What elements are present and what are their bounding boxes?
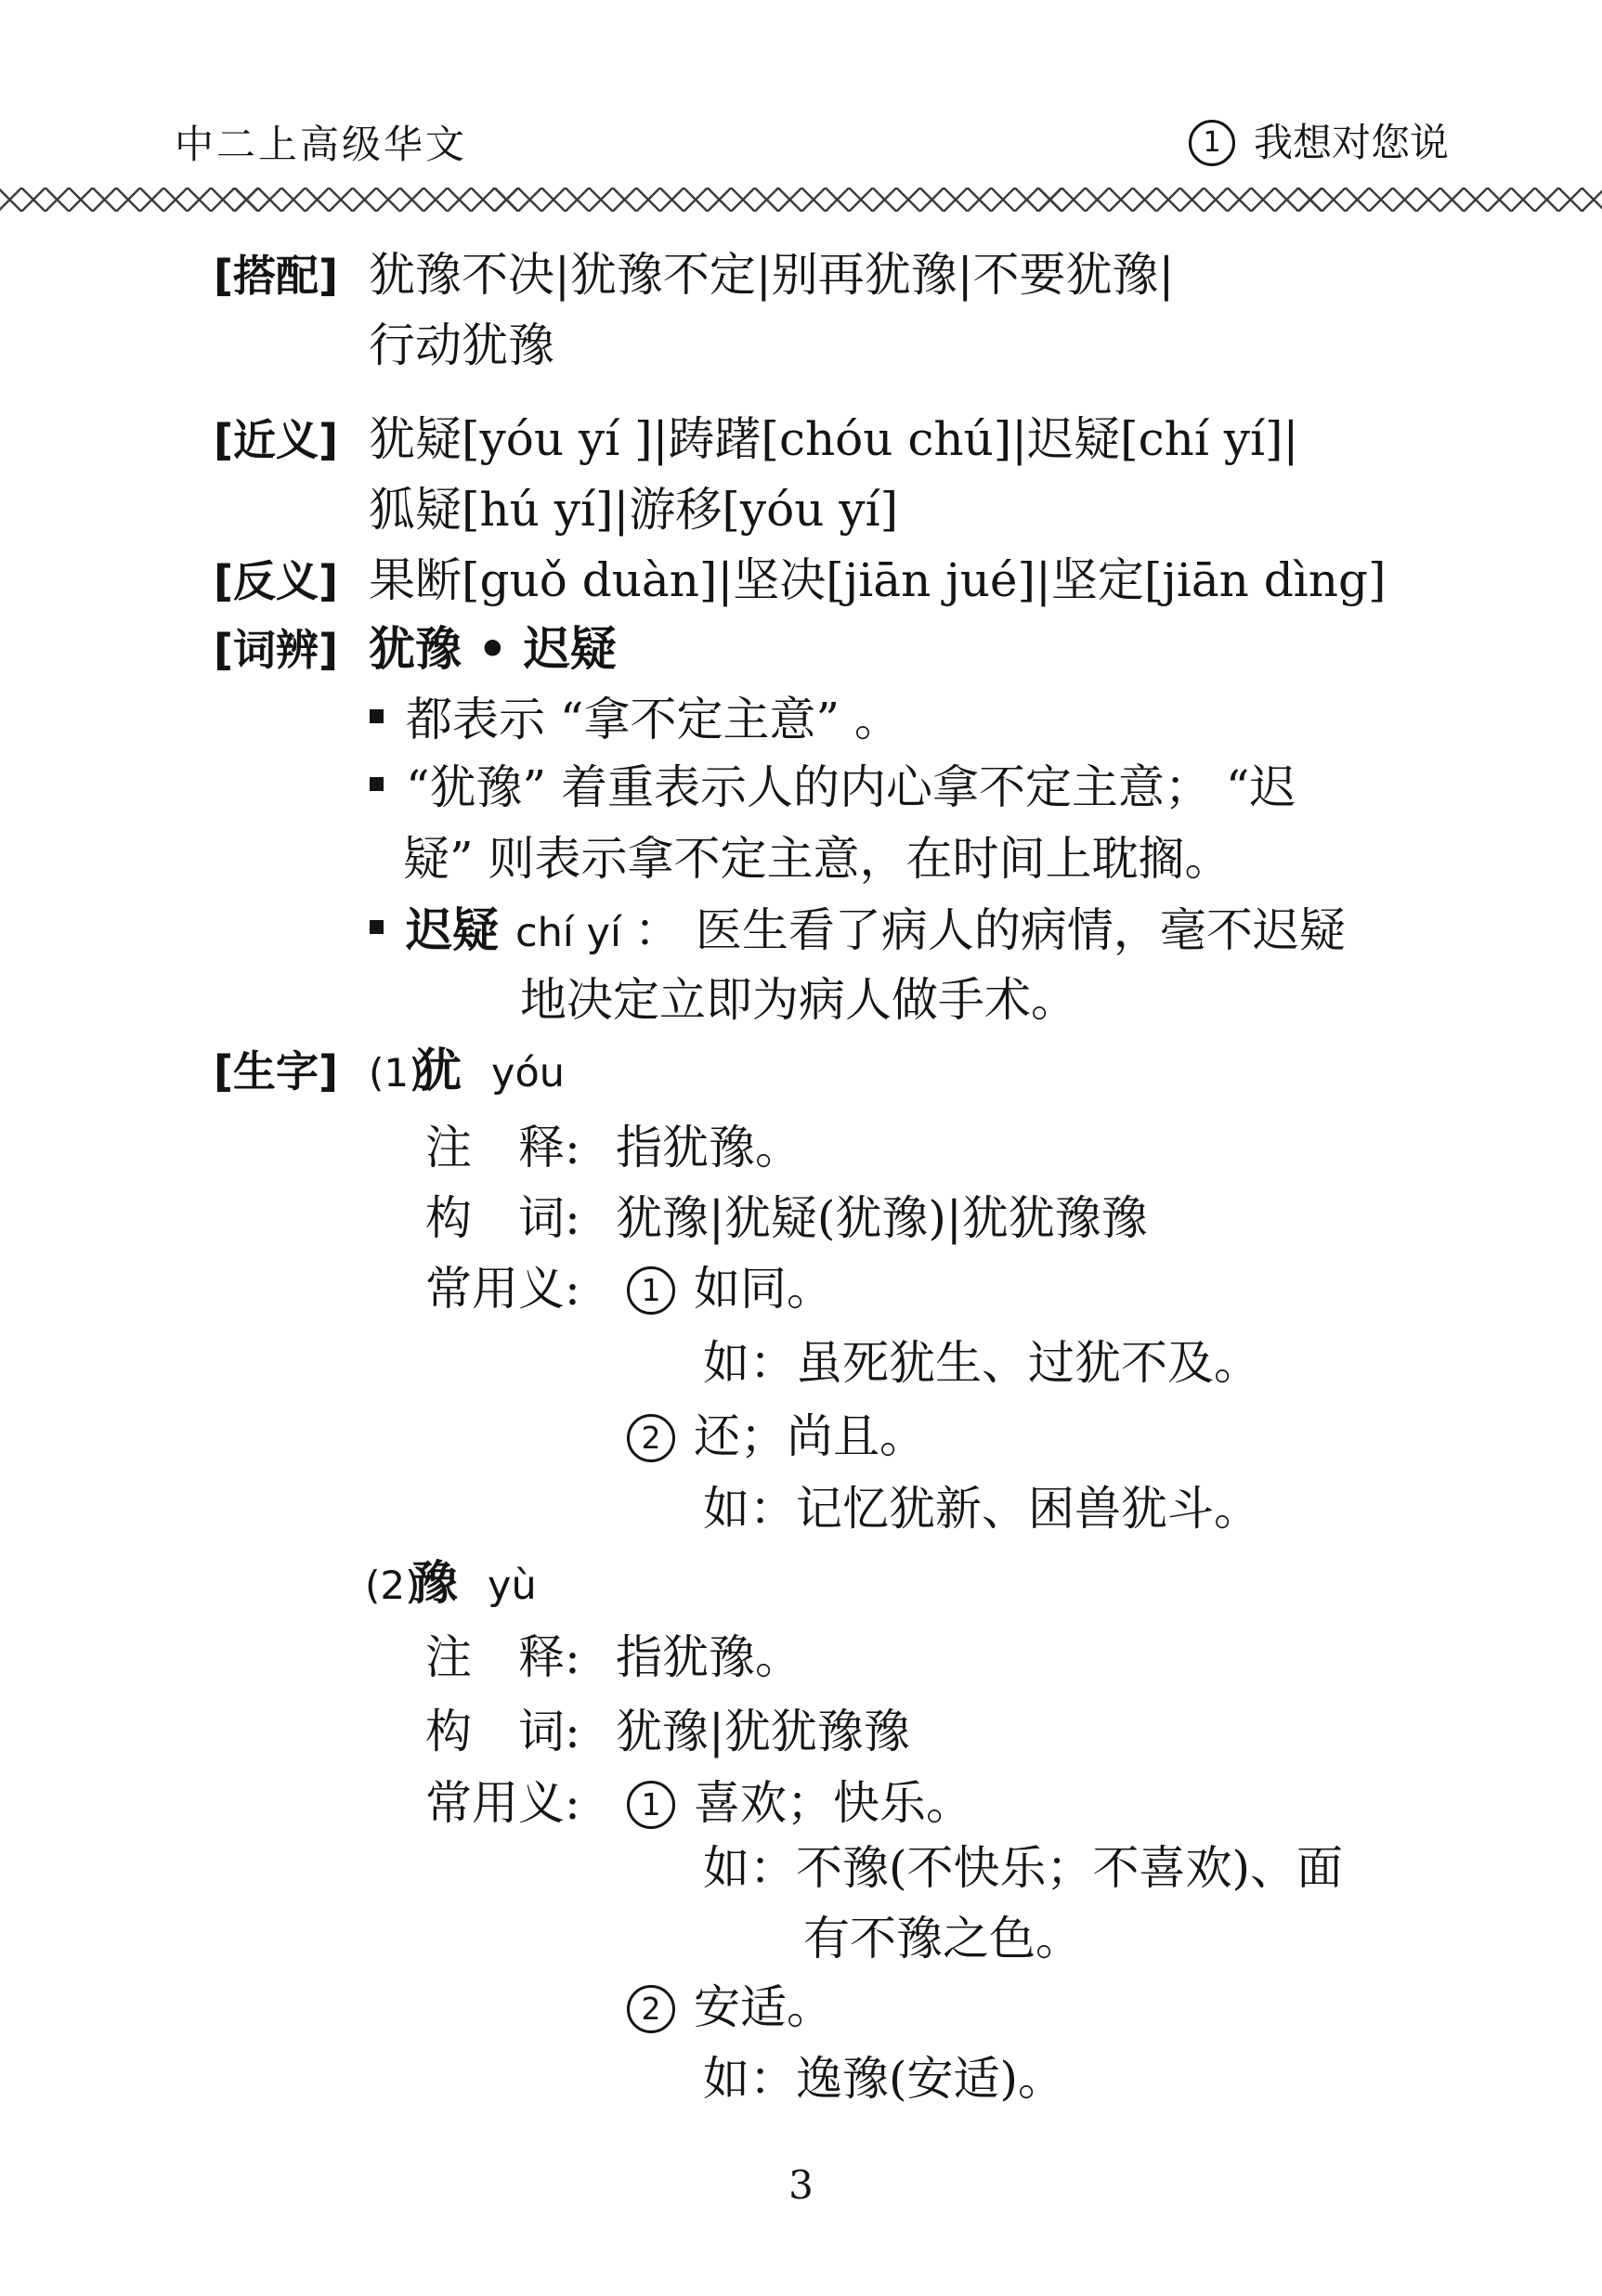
discrimination-point-2-line-1: “犹豫” 着重表示人的内心拿不定主意； “迟 [406, 760, 1296, 814]
discrimination-terms: 犹豫 • 迟疑 [369, 621, 617, 676]
synonyms-label: [近义] [214, 415, 369, 465]
word-2-pinyin: yù [488, 1563, 537, 1609]
word-1-sense-2-example: 如：记忆犹新、困兽犹斗。 [703, 1484, 1260, 1534]
compounds-label: 构 词: [425, 1193, 616, 1243]
word-2-sense-2: 安适。 [694, 1980, 833, 2034]
discrimination-point-3-separator: ： [634, 903, 681, 957]
discrimination-point-3-pinyin: chí yí [515, 910, 621, 956]
word-2-gloss-row: 注 释:指犹豫。 [425, 1632, 801, 1682]
header-chapter: 1 我想对您说 [1189, 119, 1449, 167]
discrimination-point-3-line-2: 地决定立即为病人做手术。 [520, 975, 1077, 1025]
gloss-label: 注 释: [425, 1122, 616, 1173]
antonyms-label: [反义] [214, 556, 369, 606]
sense-2-number: 2 [642, 1422, 661, 1453]
word-2-sense-1: 喜欢；快乐。 [694, 1776, 972, 1830]
word-2-sense-1-example-line-2: 有不豫之色。 [803, 1913, 1082, 1964]
word-2-character: 豫 [411, 1555, 458, 1610]
sense-1-number: 1 [642, 1275, 661, 1305]
discrimination-point-3: 迟疑chí yí：医生看了病人的病情，毫不迟疑 [370, 905, 1346, 958]
discrimination-point-1: 都表示 “拿不定主意” 。 [370, 694, 901, 745]
discrimination-label: [词辨] [214, 625, 369, 675]
compounds-label: 构 词: [425, 1706, 616, 1757]
page-number: 3 [0, 2163, 1602, 2208]
word-1-sense-1: 如同。 [694, 1262, 833, 1316]
word-2-sense-2-row: 2安适。 [616, 1982, 833, 2033]
discrimination-point-2: “犹豫” 着重表示人的内心拿不定主意； “迟 [370, 762, 1296, 812]
collocation-label: [搭配] [214, 251, 369, 301]
square-bullet-icon [370, 920, 384, 934]
sense-2-number-icon: 2 [627, 1985, 675, 2033]
collocation-line-2: 行动犹豫 [369, 320, 554, 370]
square-bullet-icon [370, 709, 384, 723]
synonyms-line-1: 犹疑[yóu yí ]|踌躇[chóu chú]|迟疑[chí yí]| [369, 412, 1298, 466]
gloss-label: 注 释: [425, 1632, 616, 1682]
textbook-page: 中二上高级华文 1 我想对您说 [搭配]犹豫不决|犹豫不定|别再犹豫|不要犹豫|… [0, 0, 1602, 2296]
antonyms-row: [反义]果断[guǒ duàn]|坚决[jiān jué]|坚定[jiān dì… [214, 555, 1386, 606]
discrimination-point-1-text: 都表示 “拿不定主意” 。 [406, 693, 901, 746]
antonyms-line-1: 果断[guǒ duàn]|坚决[jiān jué]|坚定[jiān dìng] [369, 553, 1386, 607]
decorative-diamond-border [0, 188, 1602, 212]
discrimination-point-3-line-1: 医生看了病人的病情，毫不迟疑 [696, 903, 1346, 957]
sense-2-number-icon: 2 [627, 1414, 675, 1462]
synonyms-row: [近义]犹疑[yóu yí ]|踌躇[chóu chú]|迟疑[chí yí]| [214, 414, 1298, 465]
word-2-number: (2) [365, 1561, 411, 1611]
new-words-label: [生字] [214, 1046, 369, 1096]
word-1-compounds: 犹豫|犹疑(犹豫)|犹犹豫豫 [616, 1191, 1148, 1245]
discrimination-row: [词辨]犹豫 • 迟疑 [214, 624, 617, 675]
word-2-sense-2-example: 如：逸豫(安适)。 [703, 2054, 1064, 2104]
word-1-senses-row: 常用义:1如同。 [425, 1264, 833, 1315]
header-book-title: 中二上高级华文 [175, 123, 467, 167]
word-1-pinyin: yóu [491, 1050, 565, 1096]
synonyms-line-2: 狐疑[hú yí]|游移[yóu yí] [369, 485, 898, 535]
word-2-senses-row: 常用义:1喜欢；快乐。 [425, 1778, 972, 1829]
word-2-row: (2)豫yù [365, 1558, 537, 1611]
word-1-compounds-row: 构 词:犹豫|犹疑(犹豫)|犹犹豫豫 [425, 1193, 1148, 1243]
chapter-number: 1 [1203, 129, 1220, 157]
sense-2-number: 2 [642, 1993, 661, 2024]
word-1-sense-1-example: 如：虽死犹生、过犹不及。 [703, 1338, 1260, 1388]
chapter-number-icon: 1 [1189, 120, 1235, 166]
collocation-row: [搭配]犹豫不决|犹豫不定|别再犹豫|不要犹豫| [214, 250, 1174, 301]
word-1-number: (1) [369, 1048, 415, 1098]
word-1-sense-2-row: 2还；尚且。 [616, 1411, 926, 1462]
sense-1-number: 1 [642, 1789, 661, 1820]
word-2-gloss: 指犹豫。 [616, 1630, 801, 1684]
discrimination-point-3-term: 迟疑 [406, 902, 499, 957]
header-chapter-title: 我想对您说 [1254, 119, 1449, 167]
new-words-row: [生字](1)犹yóu [214, 1045, 565, 1098]
sense-1-number-icon: 1 [627, 1266, 675, 1315]
senses-label: 常用义: [425, 1264, 616, 1314]
word-1-character: 犹 [415, 1043, 462, 1097]
word-1-gloss: 指犹豫。 [616, 1121, 801, 1174]
square-bullet-icon [370, 777, 384, 791]
word-2-compounds: 犹豫|犹犹豫豫 [616, 1705, 910, 1758]
word-2-sense-1-example-line-1: 如：不豫(不快乐；不喜欢)、面 [703, 1843, 1343, 1893]
discrimination-point-2-line-2: 疑” 则表示拿不定主意，在时间上耽搁。 [403, 834, 1231, 884]
word-2-compounds-row: 构 词:犹豫|犹犹豫豫 [425, 1706, 910, 1757]
word-1-sense-2: 还；尚且。 [694, 1409, 926, 1463]
sense-1-number-icon: 1 [627, 1781, 675, 1829]
word-1-gloss-row: 注 释:指犹豫。 [425, 1122, 801, 1173]
collocation-line-1: 犹豫不决|犹豫不定|别再犹豫|不要犹豫| [369, 248, 1174, 302]
senses-label: 常用义: [425, 1778, 616, 1828]
